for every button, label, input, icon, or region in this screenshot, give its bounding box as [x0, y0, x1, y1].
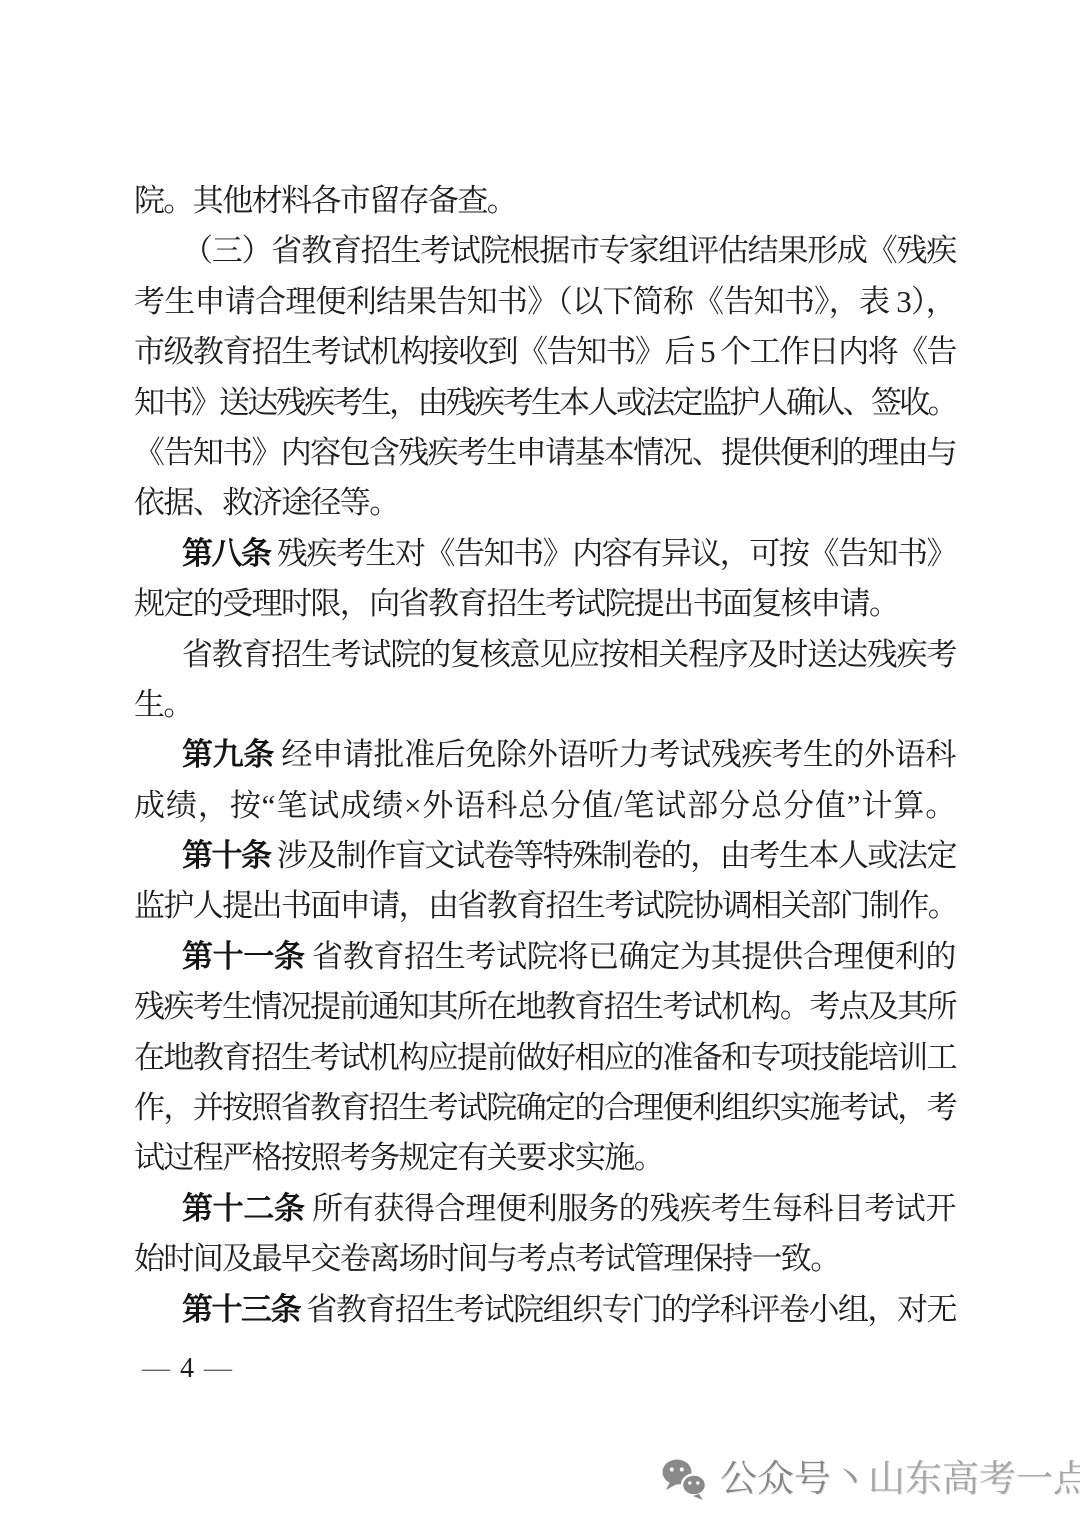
text-segment: 省教育招生考试院组织专门的学科评卷小组，对无: [300, 1292, 956, 1327]
document-line: 第十三条 省教育招生考试院组织专门的学科评卷小组，对无: [134, 1285, 956, 1335]
document-line: 市级教育招生考试机构接收到《告知书》后 5 个工作日内将《告: [134, 327, 956, 377]
document-line: 第九条 经申请批准后免除外语听力考试残疾考生的外语科: [134, 730, 956, 780]
document-line: （三）省教育招生考试院根据市专家组评估结果形成《残疾: [134, 226, 956, 276]
text-segment: 经申请批准后免除外语听力考试残疾考生的外语科: [274, 737, 956, 772]
text-segment: 《告知书》内容包含残疾考生申请基本情况、提供便利的理由与: [134, 435, 956, 470]
text-segment: 考生申请合理便利结果告知书》（以下简称《告知书》，表 3），: [134, 284, 956, 319]
document-line: 成绩，按“笔试成绩×外语科总分值/笔试部分总分值”计算。: [134, 781, 956, 831]
page-number: —4—: [136, 1352, 238, 1386]
document-line: 第十条 涉及制作盲文试卷等特殊制卷的，由考生本人或法定: [134, 831, 956, 881]
page-number-dash: —: [136, 1353, 176, 1384]
article-number: 第十一条: [182, 939, 305, 974]
text-segment: 残疾考生情况提前通知其所在地教育招生考试机构。考点及其所: [134, 989, 956, 1024]
watermark-prefix: 公众号: [720, 1458, 831, 1499]
text-segment: 成绩，按“笔试成绩×外语科总分值/笔试部分总分值”计算。: [134, 788, 957, 823]
article-number: 第十二条: [182, 1191, 305, 1226]
article-number: 第十条: [182, 838, 271, 873]
text-segment: 所有获得合理便利服务的残疾考生每科目考试开: [305, 1191, 956, 1226]
document-line: 在地教育招生考试机构应提前做好相应的准备和专项技能培训工: [134, 1033, 956, 1083]
text-segment: 在地教育招生考试机构应提前做好相应的准备和专项技能培训工: [134, 1040, 956, 1075]
text-segment: 依据、救济途径等。: [134, 485, 399, 520]
document-line: 知书》送达残疾考生，由残疾考生本人或法定监护人确认、签收。: [134, 378, 956, 428]
document-line: 第十一条 省教育招生考试院将已确定为其提供合理便利的: [134, 932, 956, 982]
watermark-separator: 丶: [831, 1458, 868, 1499]
document-line: 规定的受理时限，向省教育招生考试院提出书面复核申请。: [134, 579, 956, 629]
text-segment: 始时间及最早交卷离场时间与考点考试管理保持一致。: [134, 1241, 840, 1276]
text-segment: （三）省教育招生考试院根据市专家组评估结果形成《残疾: [182, 233, 956, 268]
document-line: 依据、救济途径等。: [134, 478, 956, 528]
text-segment: 残疾考生对《告知书》内容有异议，可按《告知书》: [271, 536, 956, 571]
watermark-text: 公众号丶山东高考一点通: [720, 1456, 1080, 1502]
watermark-name: 山东高考一点通: [868, 1458, 1080, 1499]
text-segment: 试过程严格按照考务规定有关要求实施。: [134, 1140, 663, 1175]
document-line: 试过程严格按照考务规定有关要求实施。: [134, 1133, 956, 1183]
text-segment: 省教育招生考试院将已确定为其提供合理便利的: [305, 939, 956, 974]
document-line: 省教育招生考试院的复核意见应按相关程序及时送达残疾考: [134, 630, 956, 680]
text-segment: 规定的受理时限，向省教育招生考试院提出书面复核申请。: [134, 586, 898, 621]
text-segment: 作，并按照省教育招生考试院确定的合理便利组织实施考试，考: [134, 1090, 956, 1125]
page-number-dash: —: [198, 1353, 238, 1384]
document-line: 院。其他材料各市留存备查。: [134, 176, 956, 226]
article-number: 第八条: [182, 536, 271, 571]
text-segment: 院。其他材料各市留存备查。: [134, 183, 516, 218]
text-segment: 生。: [134, 687, 193, 722]
document-line: 考生申请合理便利结果告知书》（以下简称《告知书》，表 3），: [134, 277, 956, 327]
document-line: 第十二条 所有获得合理便利服务的残疾考生每科目考试开: [134, 1184, 956, 1234]
document-body: 院。其他材料各市留存备查。（三）省教育招生考试院根据市专家组评估结果形成《残疾考…: [134, 176, 956, 1335]
text-segment: 知书》送达残疾考生，由残疾考生本人或法定监护人确认、签收。: [134, 385, 956, 420]
wechat-icon: [660, 1457, 710, 1501]
document-line: 《告知书》内容包含残疾考生申请基本情况、提供便利的理由与: [134, 428, 956, 478]
document-line: 始时间及最早交卷离场时间与考点考试管理保持一致。: [134, 1234, 956, 1284]
document-line: 第八条 残疾考生对《告知书》内容有异议，可按《告知书》: [134, 529, 956, 579]
text-segment: 监护人提出书面申请，由省教育招生考试院协调相关部门制作。: [134, 888, 957, 923]
text-segment: 市级教育招生考试机构接收到《告知书》后 5 个工作日内将《告: [134, 334, 956, 369]
article-number: 第九条: [182, 737, 274, 772]
document-line: 监护人提出书面申请，由省教育招生考试院协调相关部门制作。: [134, 881, 956, 931]
text-segment: 省教育招生考试院的复核意见应按相关程序及时送达残疾考: [182, 637, 956, 672]
document-line: 生。: [134, 680, 956, 730]
document-page: 院。其他材料各市留存备查。（三）省教育招生考试院根据市专家组评估结果形成《残疾考…: [0, 0, 1080, 1527]
article-number: 第十三条: [182, 1292, 300, 1327]
watermark: 公众号丶山东高考一点通: [660, 1456, 1080, 1502]
page-number-value: 4: [176, 1353, 198, 1384]
document-line: 残疾考生情况提前通知其所在地教育招生考试机构。考点及其所: [134, 982, 956, 1032]
document-line: 作，并按照省教育招生考试院确定的合理便利组织实施考试，考: [134, 1083, 956, 1133]
text-segment: 涉及制作盲文试卷等特殊制卷的，由考生本人或法定: [271, 838, 956, 873]
